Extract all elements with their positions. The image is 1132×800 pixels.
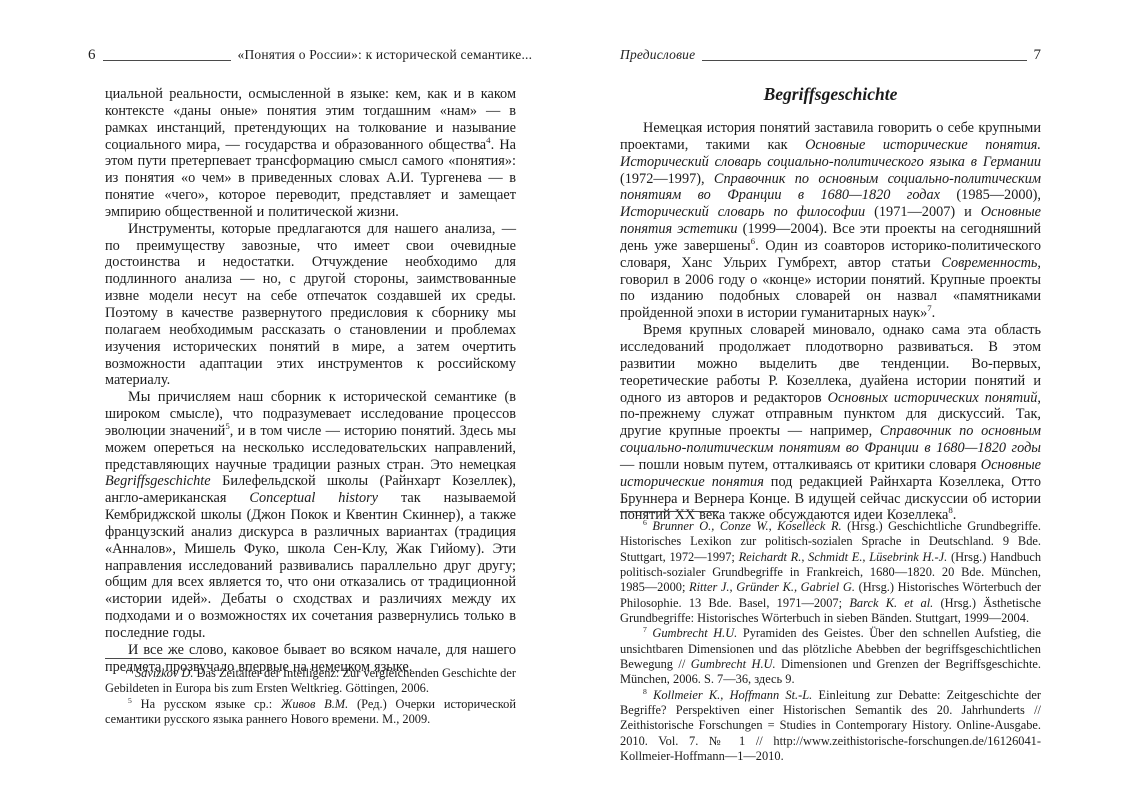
text-run: На русском языке ср.: xyxy=(141,697,281,711)
right-footnotes: 6 Brunner O., Conze W., Koselleck R. (Hr… xyxy=(620,511,1041,765)
left-footnote-rule xyxy=(105,658,204,659)
footnote: 4 Sdvizkov D. Das Zeitalter der Intellig… xyxy=(105,666,516,697)
italic-text: Живов В.М. xyxy=(281,697,348,711)
left-running-header: 6 «Понятия о России»: к исторической сем… xyxy=(105,47,516,64)
left-footnotes: 4 Sdvizkov D. Das Zeitalter der Intellig… xyxy=(105,658,516,727)
footnote: 6 Brunner O., Conze W., Koselleck R. (Hr… xyxy=(620,519,1041,626)
right-page-body: Begriffsgeschichte Немецкая история поня… xyxy=(620,84,1041,524)
italic-text: Gumbrecht H.U. xyxy=(691,657,776,671)
left-header-rule xyxy=(103,60,231,61)
italic-text: Reichardt R., Schmidt E., Lüsebrink H.-J… xyxy=(739,550,948,564)
right-page-number: 7 xyxy=(1034,47,1042,64)
right-footnote-list: 6 Brunner O., Conze W., Koselleck R. (Hr… xyxy=(620,519,1041,765)
right-running-header: Предисловие 7 xyxy=(620,47,1041,64)
footnote: 8 Kollmeier K., Hoffmann St.-L. Einleitu… xyxy=(620,688,1041,765)
left-running-title: «Понятия о России»: к исторической семан… xyxy=(238,47,533,63)
footnote: 5 На русском языке ср.: Живов В.М. (Ред.… xyxy=(105,697,516,728)
paragraph: циальной реальности, осмысленной в языке… xyxy=(105,86,516,221)
italic-text: Kollmeier K., Hoffmann St.-L. xyxy=(653,688,812,702)
text-run: Инструменты, которые предлагаются для на… xyxy=(105,221,516,389)
italic-text: Brunner O., Conze W., Koselleck R. xyxy=(652,519,841,533)
text-run: (1985—2000), xyxy=(940,187,1041,203)
page-left: 6 «Понятия о России»: к исторической сем… xyxy=(105,0,516,800)
left-footnote-list: 4 Sdvizkov D. Das Zeitalter der Intellig… xyxy=(105,666,516,727)
footnote-marker: 4 xyxy=(128,665,132,674)
paragraph: Инструменты, которые предлагаются для на… xyxy=(105,221,516,389)
italic-text: Gumbrecht H.U. xyxy=(652,626,737,640)
footnote-marker: 6 xyxy=(643,518,647,527)
italic-text: Barck K. et al. xyxy=(849,596,933,610)
footnote-marker: 5 xyxy=(128,696,132,705)
right-footnote-rule xyxy=(620,511,719,512)
right-running-title: Предисловие xyxy=(620,47,695,63)
italic-text: Begriffsgeschichte xyxy=(105,473,211,489)
italic-text: Conceptual history xyxy=(249,490,378,506)
italic-text: Основных исторических понятий xyxy=(828,390,1038,406)
footnote: 7 Gumbrecht H.U. Pyramiden des Geistes. … xyxy=(620,626,1041,687)
right-paragraphs: Немецкая история понятий заставила говор… xyxy=(620,120,1041,524)
italic-text: Исторический словарь по философии xyxy=(620,204,865,220)
left-paragraphs: циальной реальности, осмысленной в языке… xyxy=(105,86,516,676)
text-run: . xyxy=(932,305,936,321)
text-run: так называемой Кембриджской школы (Джон … xyxy=(105,490,516,641)
page-right: Предисловие 7 Begriffsgeschichte Немецка… xyxy=(620,0,1041,800)
text-run: (1972—1997), xyxy=(620,171,714,187)
section-title: Begriffsgeschichte xyxy=(620,84,1041,105)
footnote-marker: 7 xyxy=(643,625,647,634)
left-page-number: 6 xyxy=(88,47,96,64)
paragraph: Мы причисляем наш сборник к исторической… xyxy=(105,389,516,642)
text-run: циальной реальности, осмысленной в языке… xyxy=(105,86,516,153)
text-run: (1971—2007) и xyxy=(865,204,981,220)
italic-text: Ritter J., Gründer K., Gabriel G. xyxy=(689,580,855,594)
right-header-rule xyxy=(702,60,1026,61)
footnote-marker: 8 xyxy=(643,687,647,696)
paragraph: Время крупных словарей миновало, однако … xyxy=(620,322,1041,524)
italic-text: Sdvizkov D. xyxy=(135,666,194,680)
paragraph: Немецкая история понятий заставила говор… xyxy=(620,120,1041,322)
italic-text: Современность xyxy=(941,255,1037,271)
text-run: — пошли новым путем, отталкиваясь от кри… xyxy=(620,457,981,473)
book-spread: 6 «Понятия о России»: к исторической сем… xyxy=(0,0,1132,800)
left-page-body: циальной реальности, осмысленной в языке… xyxy=(105,86,516,676)
